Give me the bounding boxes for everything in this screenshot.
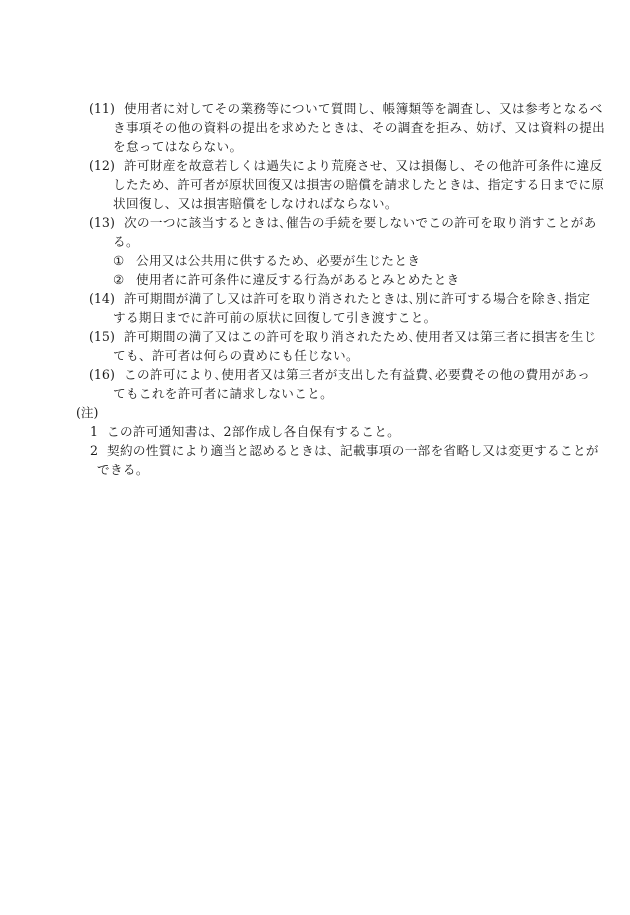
clause-number: (16): [89, 365, 115, 384]
subitem-marker: ②: [113, 270, 124, 289]
clause-text: る。: [113, 232, 139, 251]
note-text: 契約の性質により適当と認めるときは、記載事項の一部を省略し又は変更することが: [107, 441, 599, 460]
subitem-text: 使用者に許可条件に違反する行為があるとみとめたとき: [136, 270, 460, 289]
clause-text: き事項その他の資料の提出を求めたときは、その調査を拒み、妨げ、又は資料の提出: [113, 118, 605, 137]
clause-number: (12): [89, 156, 115, 175]
note-number: 2: [90, 441, 98, 460]
clause-text: 状回復し、又は損害賠償をしなければならない。: [113, 194, 398, 213]
note-text: この許可通知書は、2部作成し各自保有すること。: [107, 422, 400, 441]
note-number: 1: [90, 422, 98, 441]
subitem-marker: ①: [113, 251, 124, 270]
clause-text: 許可期間が満了し又は許可を取り消されたときは､別に許可する場合を除き､指定: [124, 289, 590, 308]
note-text: できる。: [97, 460, 149, 479]
clause-text: 次の一つに該当するときは､催告の手続を要しないでこの許可を取り消すことがあ: [124, 213, 597, 232]
notes-heading: (注): [76, 403, 98, 422]
clause-text: したため、許可者が原状回復又は損害の賠償を請求したときは、指定する日までに原: [113, 175, 604, 194]
document-page: (11) 使用者に対してその業務等について質問し、帳簿類等を調査し、又は参考とな…: [0, 0, 630, 915]
clause-text: 許可期間の満了又はこの許可を取り消されたため､使用者又は第三者に損害を生じ: [124, 327, 597, 346]
clause-text: 許可財産を故意若しくは過失により荒廃させ、又は損傷し、その他許可条件に違反: [124, 156, 603, 175]
clause-text: てもこれを許可者に請求しないこと。: [113, 384, 333, 403]
clause-text: 使用者に対してその業務等について質問し、帳簿類等を調査し、又は参考となるべ: [124, 99, 603, 118]
clause-number: (14): [89, 289, 115, 308]
clause-text: する期日までに許可前の原状に回復して引き渡すこと。: [113, 308, 437, 327]
clause-text: を怠ってはならない。: [113, 137, 242, 156]
subitem-text: 公用又は公共用に供するため、必要が生じたとき: [136, 251, 420, 270]
clause-text: ても、許可者は何らの責めにも任じない。: [113, 346, 359, 365]
clause-text: この許可により､使用者又は第三者が支出した有益費､必要費その他の費用があっ: [124, 365, 590, 384]
clause-number: (15): [89, 327, 115, 346]
clause-number: (13): [89, 213, 115, 232]
clause-number: (11): [89, 99, 115, 118]
